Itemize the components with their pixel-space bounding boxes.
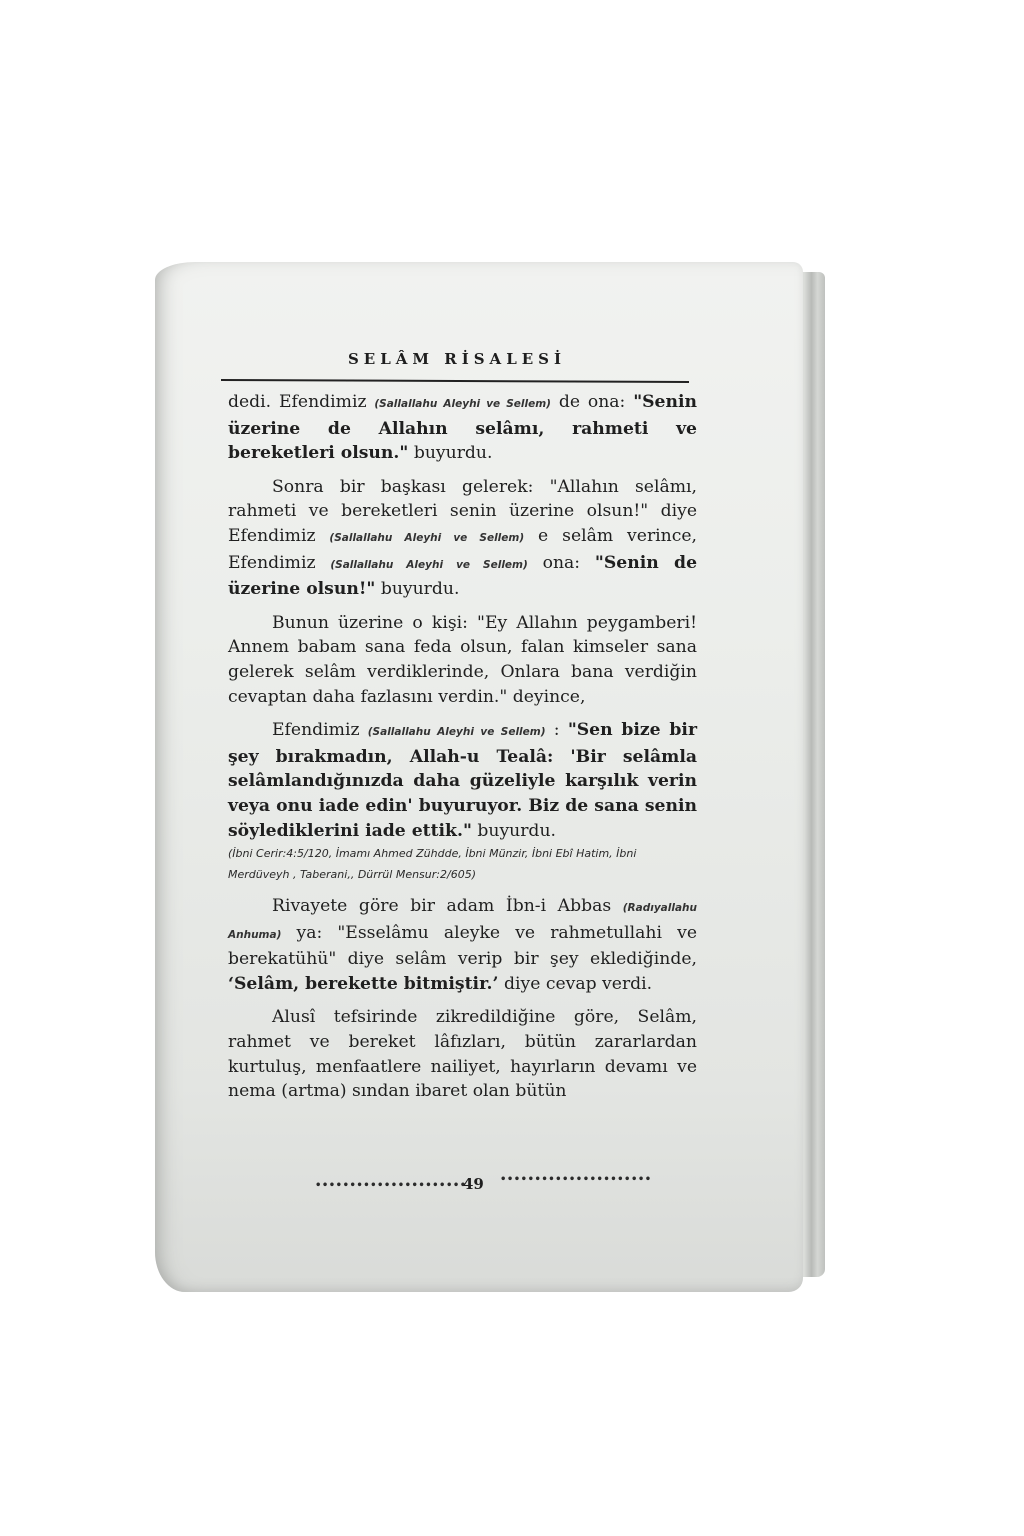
text: buyurdu.: [472, 821, 556, 841]
paragraph-6: Alusî tefsirinde zikredildiğine göre, Se…: [228, 1005, 697, 1103]
text: ya: "Esselâmu aleyke ve rahmetullahi ve …: [228, 923, 697, 970]
paragraph-3: Bunun üzerine o kişi: "Ey Allahın peygam…: [228, 611, 697, 709]
text: :: [546, 720, 568, 740]
honorific: (Sallallahu Aleyhi ve Sellem): [374, 398, 551, 410]
honorific: (Sallallahu Aleyhi ve Sellem): [330, 559, 527, 571]
footer-dots-right: ••••••••••••••••••••••: [500, 1174, 652, 1185]
book: SELÂM RİSALESİ dedi. Efendimiz (Sallalla…: [155, 262, 823, 1297]
text: Efendimiz: [272, 720, 368, 740]
paragraph-5: Rivayete göre bir adam İbn-i Abbas (Radı…: [228, 894, 697, 996]
honorific: (Sallallahu Aleyhi ve Sellem): [368, 726, 546, 738]
body-text: dedi. Efendimiz (Sallallahu Aleyhi ve Se…: [228, 390, 697, 1113]
paragraph-1: dedi. Efendimiz (Sallallahu Aleyhi ve Se…: [228, 390, 697, 466]
header-rule: [221, 379, 689, 383]
quote-bold: ‘Selâm, berekette bitmiştir.’: [228, 974, 499, 994]
text: buyurdu.: [408, 443, 492, 463]
text: dedi. Efendimiz: [228, 392, 374, 412]
honorific: (Sallallahu Aleyhi ve Sellem): [329, 532, 524, 544]
text: de ona:: [551, 392, 633, 412]
paragraph-2: Sonra bir başkası gelerek: "Allahın selâ…: [228, 475, 697, 602]
page-footer: •••••••••••••••••••••• 49 ••••••••••••••…: [315, 1174, 635, 1194]
text: Rivayete göre bir adam İbn-i Abbas: [272, 896, 623, 916]
citation: (İbni Cerir:4:5/120, İmamı Ahmed Zühdde,…: [228, 843, 697, 885]
running-head: SELÂM RİSALESİ: [225, 350, 689, 368]
book-page: SELÂM RİSALESİ dedi. Efendimiz (Sallalla…: [155, 262, 803, 1292]
footer-dots-left: ••••••••••••••••••••••: [315, 1180, 467, 1191]
page-number: 49: [463, 1175, 484, 1193]
text: buyurdu.: [375, 579, 459, 599]
paragraph-4: Efendimiz (Sallallahu Aleyhi ve Sellem) …: [228, 718, 697, 885]
text: ona:: [528, 553, 595, 573]
text: diye cevap verdi.: [499, 974, 653, 994]
